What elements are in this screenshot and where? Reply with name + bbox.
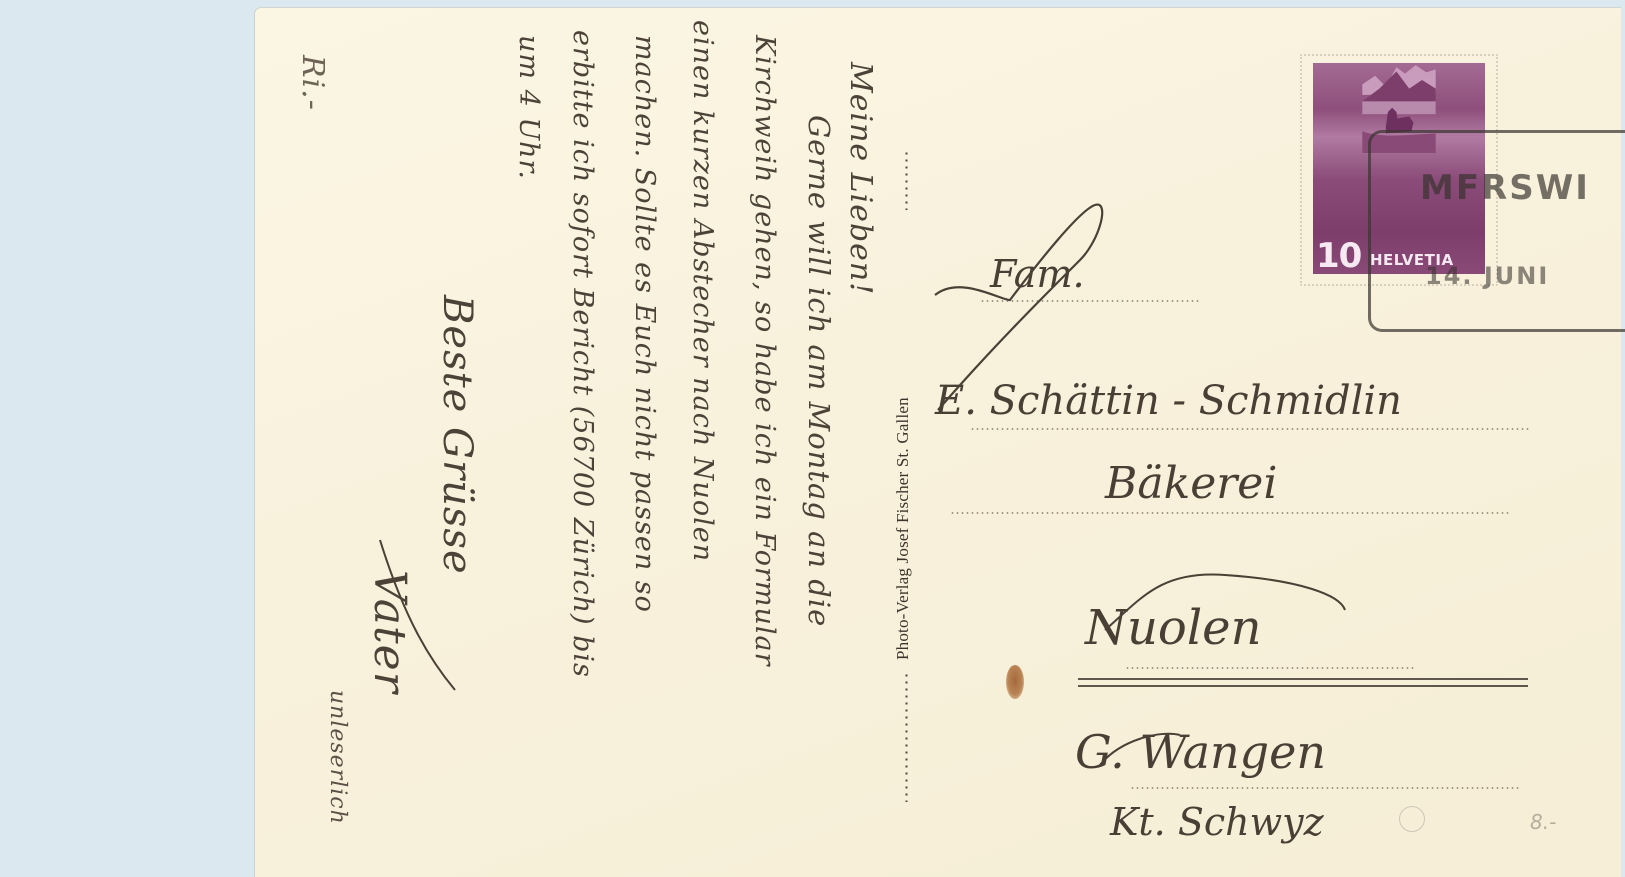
corner-scribble: unleserlich — [325, 690, 350, 825]
ink-stain — [1006, 665, 1024, 699]
address-rule-5 — [1130, 787, 1520, 789]
stamp-value: 10 — [1316, 236, 1361, 276]
message-line-1: Gerne will ich am Montag an die — [802, 115, 836, 627]
pencil-price: 8.- — [1530, 810, 1556, 834]
postmark — [1368, 130, 1625, 332]
address-rule-3 — [950, 512, 1510, 514]
publisher-imprint: Photo-Verlag Josef Fischer St. Gallen — [893, 397, 913, 660]
address-rule-2 — [970, 428, 1530, 430]
postmark-place: MFRSWI — [1420, 168, 1590, 208]
message-salutation: Meine Lieben! — [843, 62, 878, 295]
message-closing: Beste Grüsse — [434, 295, 480, 575]
postmark-date: 14. JUNI — [1425, 262, 1549, 290]
address-rule-1 — [980, 300, 1200, 302]
address-line-canton: Kt. Schwyz — [1110, 800, 1324, 844]
divider-dots-top — [905, 150, 908, 210]
address-rule-4 — [1125, 667, 1415, 669]
message-signature: Vater — [364, 570, 415, 694]
message-line-2: Kirchweih gehen, so habe ich ein Formula… — [749, 35, 780, 667]
address-double-rule — [1078, 678, 1528, 687]
divider-dots-bottom — [905, 672, 908, 802]
message-line-6: um 4 Uhr. — [513, 35, 544, 180]
address-line-business: Bäkerei — [1105, 458, 1277, 509]
address-line-fam: Fam. — [990, 252, 1085, 296]
margin-note: Ri.- — [295, 55, 330, 111]
address-line-town: Nuolen — [1085, 600, 1261, 656]
message-line-4: machen. Sollte es Euch nicht passen so — [629, 35, 660, 613]
address-line-name: E. Schättin - Schmidlin — [935, 378, 1402, 424]
pencil-circle-mark — [1399, 806, 1425, 832]
message-line-5: erbitte ich sofort Bericht (56700 Zürich… — [567, 30, 598, 678]
address-line-district: G. Wangen — [1075, 725, 1326, 779]
message-line-3: einen kurzen Abstecher nach Nuolen — [687, 20, 718, 562]
